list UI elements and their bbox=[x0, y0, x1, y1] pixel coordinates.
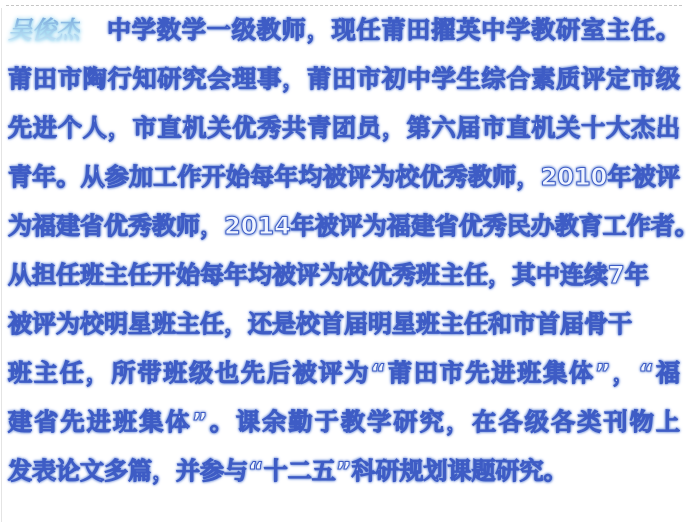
bio-line-3: 先进个人，市直机关优秀共青团员，第六届市直机关十大杰出 bbox=[8, 104, 680, 153]
document-page: 吴俊杰中学数学一级教师，现任莆田擢英中学教研室主任。 莆田市陶行知研究会理事，莆… bbox=[0, 0, 686, 522]
bio-line-9: 建省先进班集体”。课余勤于教学研究，在各级各类刊物上 bbox=[8, 398, 680, 447]
bio-line-4: 青年。从参加工作开始每年均被评为校优秀教师，2010年被评 bbox=[8, 153, 680, 202]
bio-line-2: 莆田市陶行知研究会理事，莆田市初中学生综合素质评定市级 bbox=[8, 55, 680, 104]
teacher-name: 吴俊杰 bbox=[8, 6, 80, 55]
left-border-line bbox=[1, 8, 2, 522]
bio-line-7: 被评为校明星班主任，还是校首届明星班主任和市首届骨干 bbox=[8, 300, 680, 349]
bio-line-1: 吴俊杰中学数学一级教师，现任莆田擢英中学教研室主任。 bbox=[8, 6, 680, 55]
bio-line-6: 从担任班主任开始每年均被评为校优秀班主任，其中连续7年 bbox=[8, 251, 680, 300]
bio-line-5: 为福建省优秀教师，2014年被评为福建省优秀民办教育工作者。 bbox=[8, 202, 680, 251]
bio-line-10: 发表论文多篇，并参与“十二五”科研规划课题研究。 bbox=[8, 447, 680, 496]
teacher-bio-paragraph: 吴俊杰中学数学一级教师，现任莆田擢英中学教研室主任。 莆田市陶行知研究会理事，莆… bbox=[8, 6, 680, 496]
bio-text: 中学数学一级教师，现任莆田擢英中学教研室主任。 bbox=[106, 16, 680, 44]
bio-line-8: 班主任，所带班级也先后被评为“莆田市先进班集体”，“福 bbox=[8, 349, 680, 398]
